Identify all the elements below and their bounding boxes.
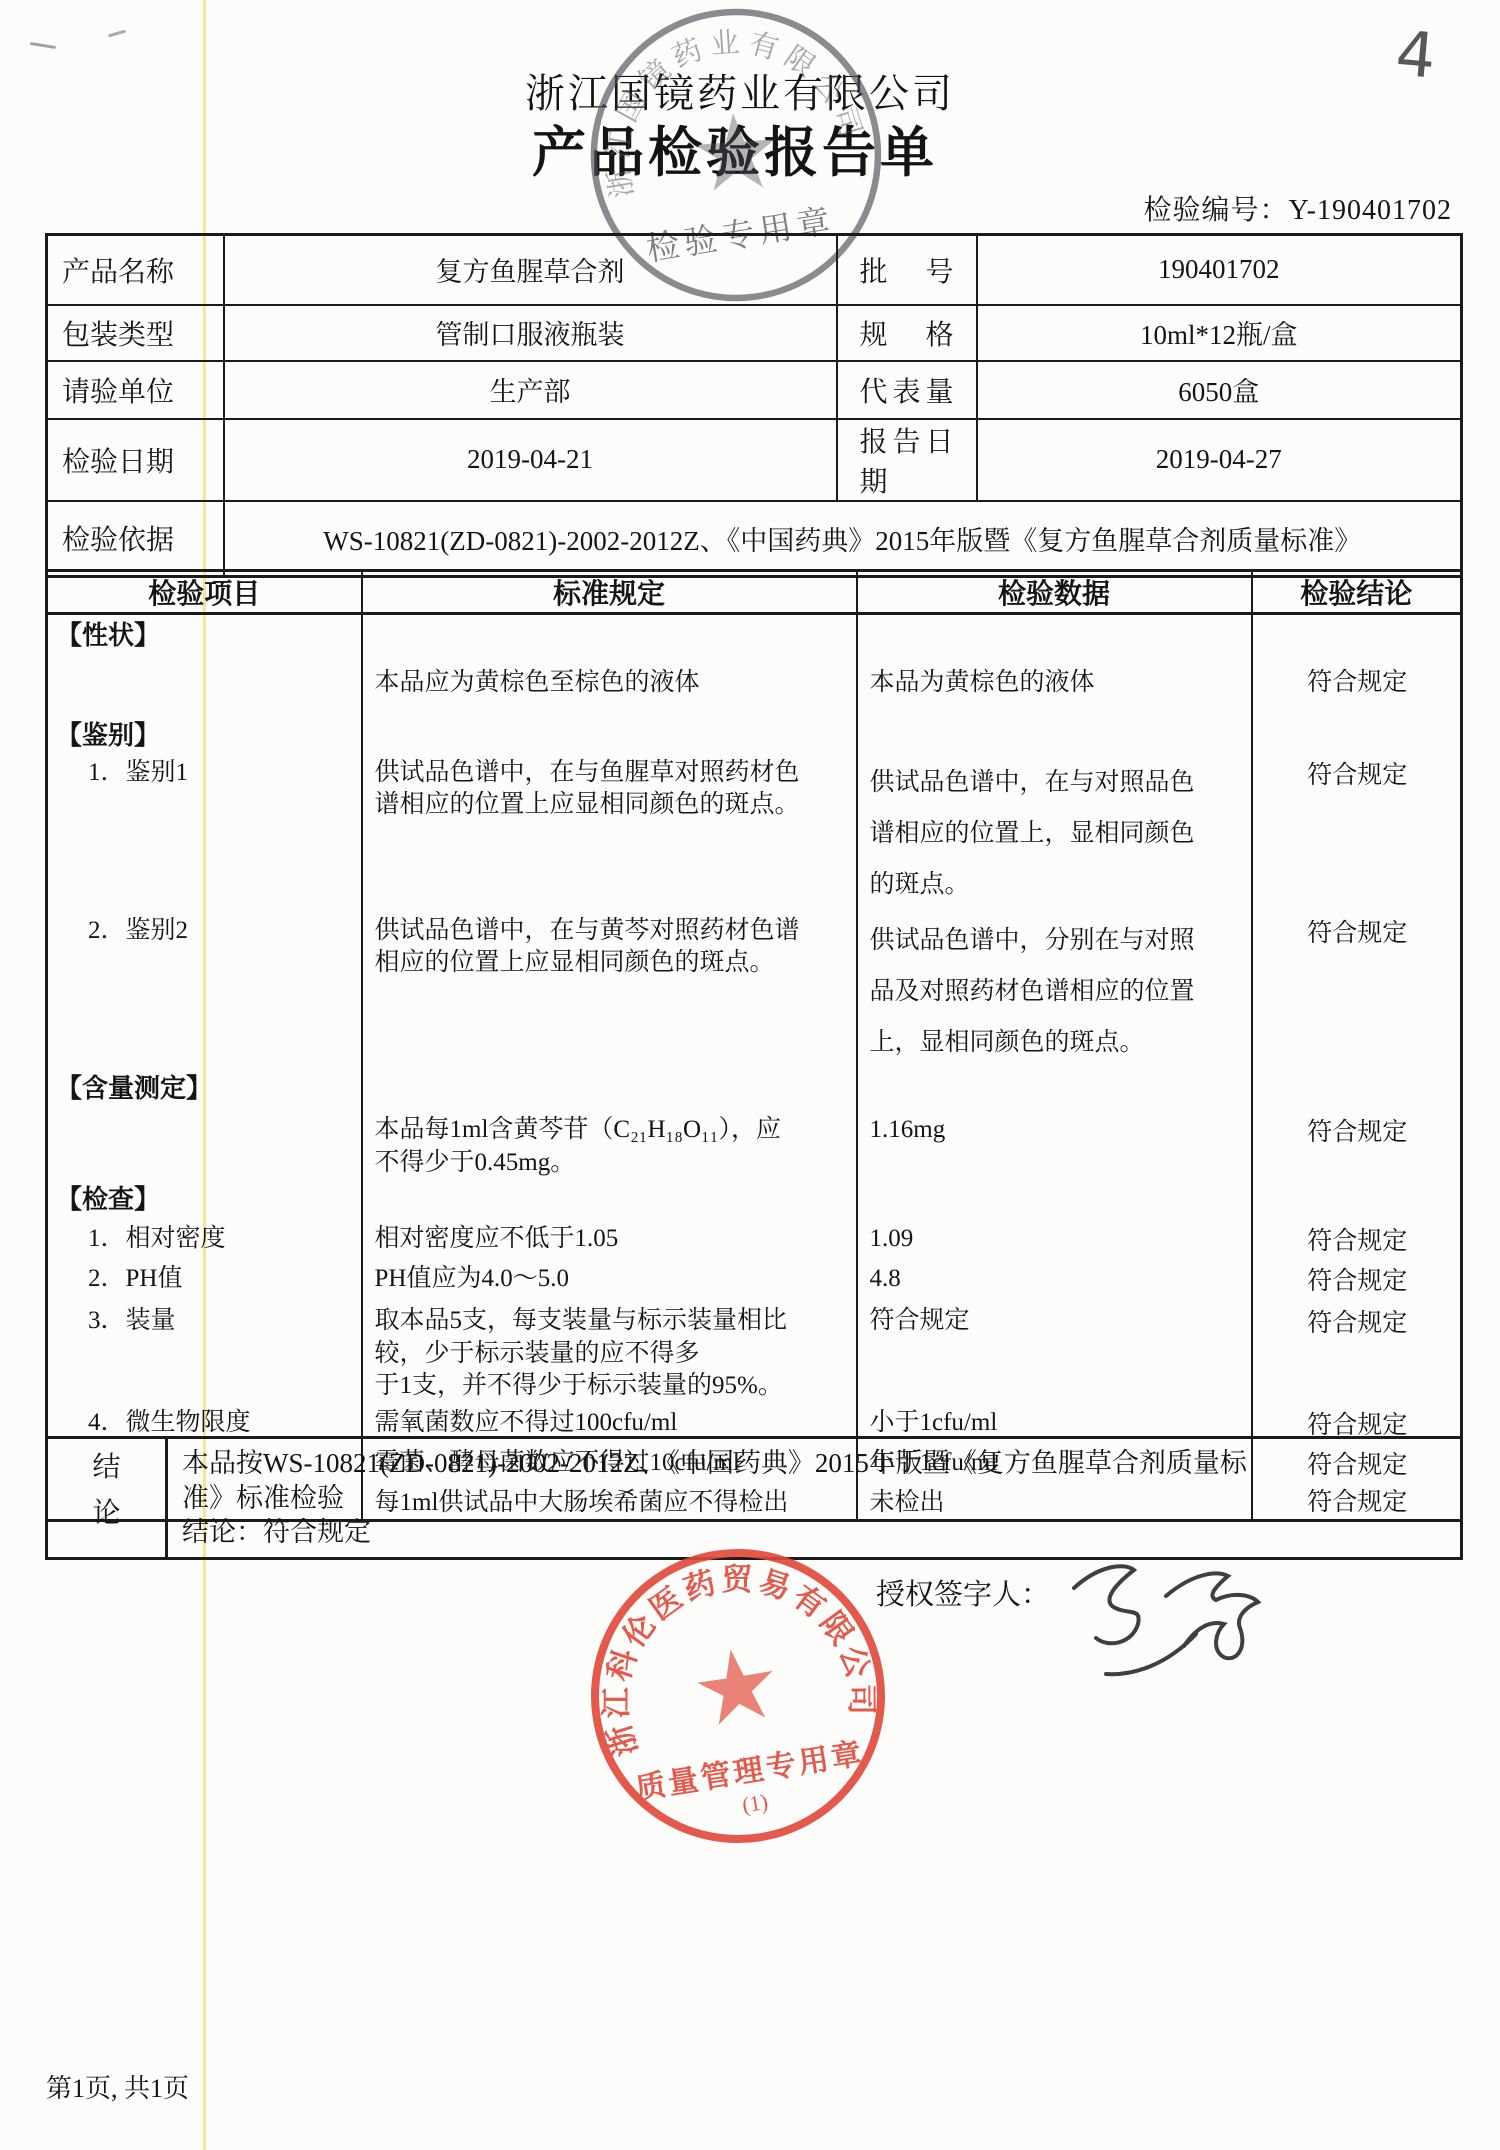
item-cell: 【性状】 (47, 614, 362, 653)
standard-cell (362, 614, 857, 653)
item-cell: 2．PH值 (47, 1259, 362, 1301)
results-row: 1．相对密度相对密度应不低于1.051.09符合规定 (47, 1219, 1462, 1259)
results-row: 本品每1ml含黄芩苷（C₂₁H₁₈O₁₁），应 不得少于0.45mg。1.16m… (47, 1110, 1462, 1179)
data-cell: 供试品色谱中，在与对照品色 谱相应的位置上，显相同颜色 的斑点。 (857, 753, 1252, 911)
info-row-basis: 检验依据 WS-10821(ZD-0821)-2002-2012Z、《中国药典》… (47, 501, 1462, 577)
column-header: 检验数据 (857, 571, 1252, 614)
conclusion-cell (1252, 1179, 1462, 1219)
star-icon (693, 110, 778, 191)
report-number-label: 检验编号： (1144, 195, 1289, 226)
field-value: 190401702 (977, 235, 1462, 305)
column-header: 检验项目 (47, 571, 362, 614)
field-label: 批号 (837, 235, 977, 305)
conclusion-cell (1252, 1068, 1462, 1110)
results-row: 【含量测定】 (47, 1068, 1462, 1110)
conclusion-cell: 符合规定 (1252, 911, 1462, 1069)
field-label: 包装类型 (47, 305, 224, 361)
data-cell (857, 715, 1252, 753)
inspection-basis: WS-10821(ZD-0821)-2002-2012Z、《中国药典》2015年… (224, 501, 1462, 577)
results-row: 本品应为黄棕色至棕色的液体本品为黄棕色的液体符合规定 (47, 653, 1462, 715)
conclusion-cell: 符合规定 (1252, 1219, 1462, 1259)
data-cell: 本品为黄棕色的液体 (857, 653, 1252, 715)
field-value: 6050盒 (977, 361, 1462, 419)
standard-cell (362, 1179, 857, 1219)
conclusion-cell (1252, 614, 1462, 653)
standard-cell: 供试品色谱中，在与鱼腥草对照药材色 谱相应的位置上应显相同颜色的斑点。 (362, 753, 857, 911)
field-label: 规格 (837, 305, 977, 361)
standard-cell: PH值应为4.0～5.0 (362, 1259, 857, 1301)
standard-cell: 相对密度应不低于1.05 (362, 1219, 857, 1259)
pen-mark (108, 30, 126, 38)
field-value: 10ml*12瓶/盒 (977, 305, 1462, 361)
handwritten-page-number: 4 (1393, 16, 1439, 92)
standard-cell: 供试品色谱中，在与黄芩对照药材色谱 相应的位置上应显相同颜色的斑点。 (362, 911, 857, 1069)
field-value: 生产部 (224, 361, 837, 419)
conclusion-cell: 符合规定 (1252, 753, 1462, 911)
results-row: 3．装量取本品5支，每支装量与标示装量相比 较，少于标示装量的应不得多 于1支，… (47, 1301, 1462, 1403)
conclusion-cell (1252, 715, 1462, 753)
conclusion-cell: 符合规定 (1252, 1110, 1462, 1179)
report-number: 检验编号：Y-190401702 (1144, 188, 1452, 228)
field-value: 复方鱼腥草合剂 (224, 235, 837, 305)
pen-mark (30, 42, 56, 49)
item-cell: 3．装量 (47, 1301, 362, 1403)
item-cell: 【检查】 (47, 1179, 362, 1219)
info-row: 检验日期 2019-04-21 报告日期 2019-04-27 (47, 419, 1462, 501)
field-label: 产品名称 (47, 235, 224, 305)
field-label: 检验日期 (47, 419, 224, 501)
data-cell: 供试品色谱中，分别在与对照 品及对照药材色谱相应的位置 上，显相同颜色的斑点。 (857, 911, 1252, 1069)
data-cell: 4.8 (857, 1259, 1252, 1301)
conclusion-cell: 符合规定 (1252, 653, 1462, 715)
results-row: 2．PH值PH值应为4.0～5.04.8符合规定 (47, 1259, 1462, 1301)
field-label: 检验依据 (47, 501, 224, 577)
standard-cell: 本品每1ml含黄芩苷（C₂₁H₁₈O₁₁），应 不得少于0.45mg。 (362, 1110, 857, 1179)
product-info-table: 产品名称 复方鱼腥草合剂 批号 190401702 包装类型 管制口服液瓶装 规… (45, 233, 1463, 578)
conclusion-label: 结 论 (47, 1438, 167, 1559)
stamp-sub-text: (1) (740, 1789, 769, 1818)
results-row: 【鉴别】 (47, 715, 1462, 753)
data-cell: 1.16mg (857, 1110, 1252, 1179)
item-cell (47, 653, 362, 715)
info-row: 请验单位 生产部 代表量 6050盒 (47, 361, 1462, 419)
authorized-signature (1046, 1536, 1286, 1686)
data-cell (857, 1179, 1252, 1219)
data-cell (857, 614, 1252, 653)
item-cell (47, 1110, 362, 1179)
results-header-row: 检验项目 标准规定 检验数据 检验结论 (47, 571, 1462, 614)
results-table: 检验项目 标准规定 检验数据 检验结论 【性状】 本品应为黄棕色至棕色的液体本品… (45, 569, 1463, 1522)
results-row: 【性状】 (47, 614, 1462, 653)
conclusion-cell: 符合规定 (1252, 1301, 1462, 1403)
item-cell: 【鉴别】 (47, 715, 362, 753)
page-footer: 第1页, 共1页 (46, 2068, 189, 2105)
standard-cell: 本品应为黄棕色至棕色的液体 (362, 653, 857, 715)
results-row: 1．鉴别1供试品色谱中，在与鱼腥草对照药材色 谱相应的位置上应显相同颜色的斑点。… (47, 753, 1462, 911)
report-number-value: Y-190401702 (1289, 195, 1452, 226)
standard-cell (362, 1068, 857, 1110)
info-row: 包装类型 管制口服液瓶装 规格 10ml*12瓶/盒 (47, 305, 1462, 361)
column-header: 检验结论 (1252, 571, 1462, 614)
standard-cell (362, 715, 857, 753)
data-cell (857, 1068, 1252, 1110)
results-row: 2．鉴别2供试品色谱中，在与黄芩对照药材色谱 相应的位置上应显相同颜色的斑点。供… (47, 911, 1462, 1069)
field-label: 请验单位 (47, 361, 224, 419)
conclusion-cell: 符合规定 (1252, 1259, 1462, 1301)
field-value: 管制口服液瓶装 (224, 305, 837, 361)
standard-cell: 取本品5支，每支装量与标示装量相比 较，少于标示装量的应不得多 于1支，并不得少… (362, 1301, 857, 1403)
star-icon (693, 1644, 779, 1727)
data-cell: 符合规定 (857, 1301, 1252, 1403)
item-cell: 2．鉴别2 (47, 911, 362, 1069)
info-row: 产品名称 复方鱼腥草合剂 批号 190401702 (47, 235, 1462, 305)
field-label: 代表量 (837, 361, 977, 419)
item-cell: 【含量测定】 (47, 1068, 362, 1110)
field-value: 2019-04-27 (977, 419, 1462, 501)
data-cell: 1.09 (857, 1219, 1252, 1259)
inspection-report-page: 浙江国镜药业有限公司 产品检验报告单 4 检验编号：Y-190401702 浙江… (0, 0, 1500, 2150)
authorized-signer-label: 授权签字人： (876, 1572, 1050, 1613)
item-cell: 1．鉴别1 (47, 753, 362, 911)
column-header: 标准规定 (362, 571, 857, 614)
field-value: 2019-04-21 (224, 419, 837, 501)
item-cell: 1．相对密度 (47, 1219, 362, 1259)
field-label: 报告日期 (837, 419, 977, 501)
quality-seal-stamp: 浙江科伦医药贸易有限公司 质量管理专用章 (1) (566, 1524, 909, 1867)
results-row: 【检查】 (47, 1179, 1462, 1219)
